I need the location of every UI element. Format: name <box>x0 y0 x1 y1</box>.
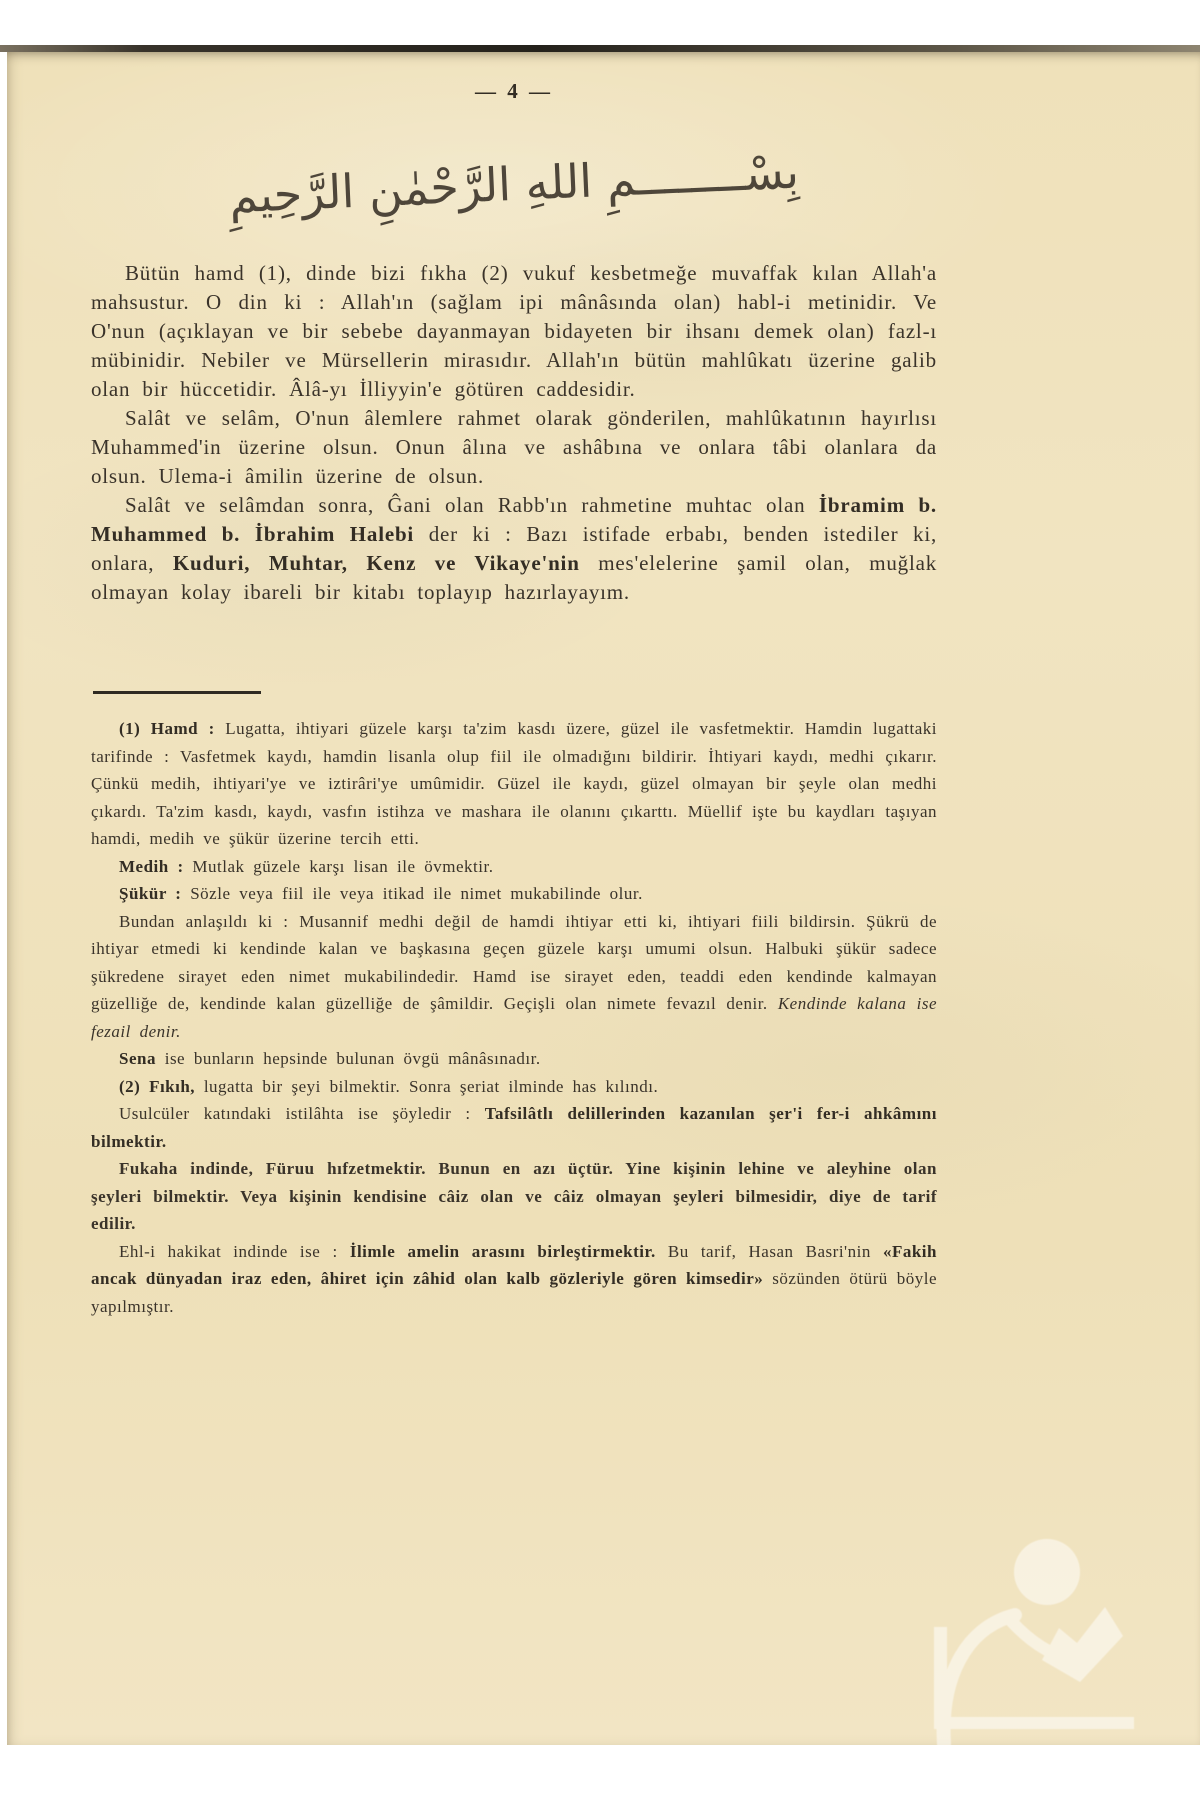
reader-logo-watermark-icon <box>912 1512 1188 1748</box>
body-text: Bütün hamd (1), dinde bizi fıkha (2) vuk… <box>91 259 937 607</box>
footnote-lead: Medih : <box>119 857 184 876</box>
text-run-bold: İlimle amelin arasını birleştirmektir. <box>350 1242 656 1261</box>
footnote-lead: Şükür : <box>119 884 181 903</box>
footnote-paragraph: Bundan anlaşıldı ki : Musannif medhi değ… <box>91 908 937 1046</box>
body-paragraph: Salât ve selâm, O'nun âlemlere rahmet ol… <box>91 404 937 491</box>
text-run: Salât ve selâmdan sonra, Ĝani olan Rabb'… <box>125 493 819 517</box>
footnote-paragraph: Ehl-i hakikat indinde ise : İlimle ameli… <box>91 1238 937 1321</box>
footnote-paragraph: Fukaha indinde, Füruu hıfzetmektir. Bunu… <box>91 1155 937 1238</box>
footnote-lead: Sena <box>119 1049 156 1068</box>
text-run: lugatta bir şeyi bilmektir. Sonra şeriat… <box>195 1077 658 1096</box>
footnote-paragraph: (2) Fıkıh, lugatta bir şeyi bilmektir. S… <box>91 1073 937 1101</box>
text-run: Mutlak güzele karşı lisan ile övmektir. <box>184 857 494 876</box>
footnote-paragraph: Şükür : Sözle veya fiil ile veya itikad … <box>91 880 937 908</box>
page-top-edge-shadow <box>0 45 1200 52</box>
page-number: — 4 — <box>91 52 937 104</box>
text-run: Usulcüler katındaki istilâhta ise şöyled… <box>119 1104 485 1123</box>
footnotes: (1) Hamd : Lugatta, ihtiyari güzele karş… <box>91 715 937 1320</box>
footnote-paragraph: (1) Hamd : Lugatta, ihtiyari güzele karş… <box>91 715 937 853</box>
text-run: Lugatta, ihtiyari güzele karşı ta'zim ka… <box>91 719 937 848</box>
footnote-paragraph: Medih : Mutlak güzele karşı lisan ile öv… <box>91 853 937 881</box>
text-run: Bu tarif, Hasan Basri'nin <box>656 1242 883 1261</box>
footnote-lead: (2) Fıkıh, <box>119 1077 195 1096</box>
scanned-book-page: — 4 — بِسْــــــــمِ اللهِ الرَّحْمٰنِ ا… <box>0 0 1200 1800</box>
footnote-lead: (1) Hamd : <box>119 719 215 738</box>
page-content: — 4 — بِسْــــــــمِ اللهِ الرَّحْمٰنِ ا… <box>91 52 937 1320</box>
book-page: — 4 — بِسْــــــــمِ اللهِ الرَّحْمٰنِ ا… <box>7 52 1200 1745</box>
text-run: Sözle veya fiil ile veya itikad ile nime… <box>181 884 642 903</box>
footnote-separator-rule <box>93 691 261 694</box>
body-paragraph: Bütün hamd (1), dinde bizi fıkha (2) vuk… <box>91 259 937 404</box>
body-paragraph: Salât ve selâmdan sonra, Ĝani olan Rabb'… <box>91 491 937 607</box>
bismillah-calligraphy: بِسْــــــــمِ اللهِ الرَّحْمٰنِ الرَّحِ… <box>90 132 938 238</box>
text-run: Ehl-i hakikat indinde ise : <box>119 1242 350 1261</box>
text-run: ise bunların hepsinde bulunan övgü mânâs… <box>156 1049 541 1068</box>
footnote-paragraph: Usulcüler katındaki istilâhta ise şöyled… <box>91 1100 937 1155</box>
footnote-paragraph: Sena ise bunların hepsinde bulunan övgü … <box>91 1045 937 1073</box>
text-run-bold: Kuduri, Muhtar, Kenz ve Vikaye'nin <box>173 551 580 575</box>
